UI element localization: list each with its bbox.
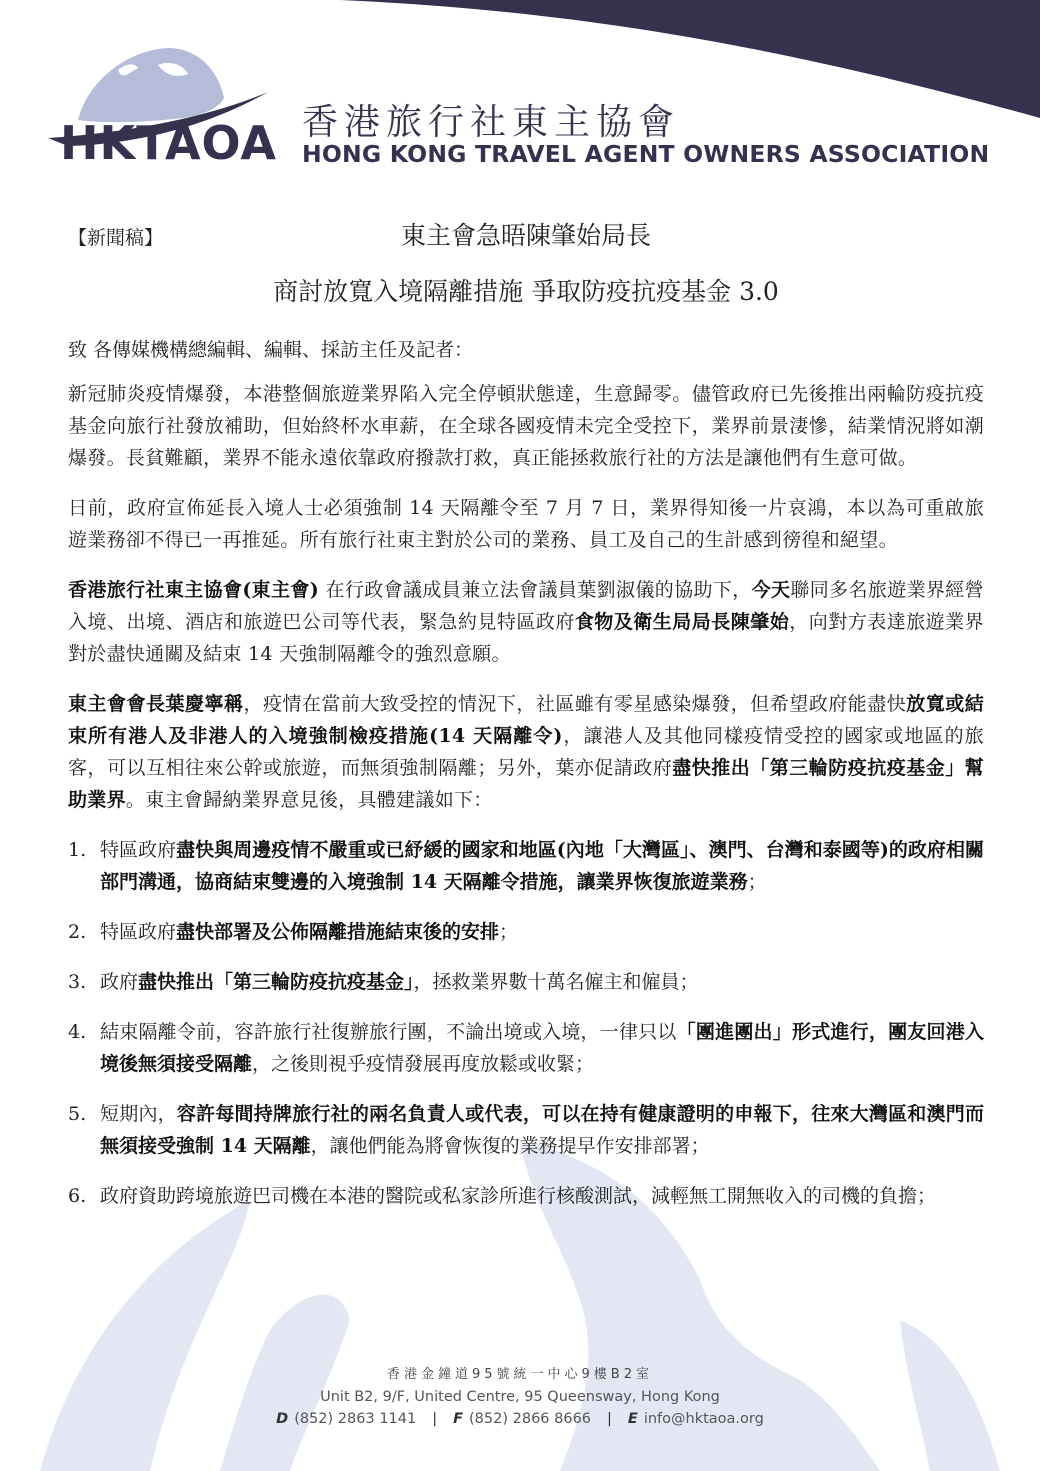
proposal-item: 2.特區政府盡快部署及公佈隔離措施結束後的安排； xyxy=(68,916,984,948)
text-run: 特區政府 xyxy=(100,921,176,943)
emphasized-text: 今天 xyxy=(752,579,791,601)
emphasized-text: 食物及衛生局局長陳肇始 xyxy=(575,611,789,633)
text-run: 短期內， xyxy=(100,1103,177,1125)
proposal-number: 5. xyxy=(68,1098,86,1130)
emphasized-text: 盡快部署及公佈隔離措施結束後的安排 xyxy=(176,921,499,943)
email-label: E xyxy=(628,1411,638,1427)
salutation: 致 各傳媒機構總編輯、編輯、採訪主任及記者： xyxy=(68,334,984,378)
text-run: 新冠肺炎疫情爆發，本港整個旅遊業界陷入完全停頓狀態達，生意歸零。儘管政府已先後推… xyxy=(68,383,984,469)
text-run: 日前，政府宣佈延長入境人士必須強制 14 天隔離令至 7 月 7 日，業界得知後… xyxy=(68,497,984,551)
body-paragraph: 日前，政府宣佈延長入境人士必須強制 14 天隔離令至 7 月 7 日，業界得知後… xyxy=(68,492,984,556)
logo-wordmark: HKTAOA xyxy=(60,116,277,170)
emphasized-text: 盡快與周邊疫情不嚴重或已紓緩的國家和地區(內地「大灣區」、澳門、台灣和泰國等)的… xyxy=(100,839,984,893)
text-run: ； xyxy=(748,871,767,893)
emphasized-text: 盡快推出「第三輪防疫抗疫基金」 xyxy=(138,971,414,993)
proposal-number: 4. xyxy=(68,1016,86,1048)
org-name-chinese: 香港旅行社東主協會 xyxy=(302,94,680,145)
proposal-list: 1.特區政府盡快與周邊疫情不嚴重或已紓緩的國家和地區(內地「大灣區」、澳門、台灣… xyxy=(68,834,984,1212)
text-run: 政府資助跨境旅遊巴司機在本港的醫院或私家診所進行核酸測試，減輕無工開無收入的司機… xyxy=(100,1185,936,1207)
divider: | xyxy=(432,1411,437,1427)
text-run: 政府 xyxy=(100,971,138,993)
email-link[interactable]: info@hktaoa.org xyxy=(644,1411,764,1427)
body-paragraphs: 新冠肺炎疫情爆發，本港整個旅遊業界陷入完全停頓狀態達，生意歸零。儘管政府已先後推… xyxy=(68,378,984,816)
press-release-body: 【新聞稿】 東主會急晤陳肇始局長 商討放寬入境隔離措施 爭取防疫抗疫基金 3.0… xyxy=(68,218,984,1230)
body-paragraph: 新冠肺炎疫情爆發，本港整個旅遊業界陷入完全停頓狀態達，生意歸零。儘管政府已先後推… xyxy=(68,378,984,474)
text-run: ，讓他們能為將會恢復的業務提早作安排部署； xyxy=(311,1135,710,1157)
org-name-english: HONG KONG TRAVEL AGENT OWNERS ASSOCIATIO… xyxy=(302,140,989,168)
proposal-item: 3.政府盡快推出「第三輪防疫抗疫基金」，拯救業界數十萬名僱主和僱員； xyxy=(68,966,984,998)
footer: 香港金鐘道95號統一中心9樓B2室 Unit B2, 9/F, United C… xyxy=(0,1364,1040,1430)
text-run: 在行政會議成員兼立法會議員葉劉淑儀的協助下， xyxy=(319,579,752,601)
footer-contacts: D(852) 2863 1141|F(852) 2866 8666|Einfo@… xyxy=(0,1408,1040,1430)
footer-address-english: Unit B2, 9/F, United Centre, 95 Queenswa… xyxy=(0,1386,1040,1408)
text-run: ； xyxy=(499,921,518,943)
proposal-item: 1.特區政府盡快與周邊疫情不嚴重或已紓緩的國家和地區(內地「大灣區」、澳門、台灣… xyxy=(68,834,984,898)
phone-number: (852) 2863 1141 xyxy=(294,1411,416,1427)
divider: | xyxy=(607,1411,612,1427)
footer-address-chinese: 香港金鐘道95號統一中心9樓B2室 xyxy=(0,1364,1040,1386)
text-run: 結束隔離令前，容許旅行社復辦旅行團，不論出境或入境，一律只以 xyxy=(100,1021,677,1043)
text-run: ，拯救業界數十萬名僱主和僱員； xyxy=(414,971,699,993)
body-paragraph: 東主會會長葉慶寧稱，疫情在當前大致受控的情況下，社區雖有零星感染爆發，但希望政府… xyxy=(68,688,984,816)
proposal-number: 3. xyxy=(68,966,86,998)
press-release-tag: 【新聞稿】 xyxy=(68,222,163,254)
fax-number: (852) 2866 8666 xyxy=(469,1411,591,1427)
emphasized-text: 東主會會長葉慶寧稱 xyxy=(68,693,243,715)
text-run: ，之後則視乎疫情發展再度放鬆或收緊； xyxy=(252,1053,594,1075)
proposal-number: 6. xyxy=(68,1180,86,1212)
phone-label: D xyxy=(276,1411,288,1427)
body-paragraph: 香港旅行社東主協會(東主會) 在行政會議成員兼立法會議員葉劉淑儀的協助下，今天聯… xyxy=(68,574,984,670)
proposal-item: 4.結束隔離令前，容許旅行社復辦旅行團，不論出境或入境，一律只以「團進團出」形式… xyxy=(68,1016,984,1080)
text-run: 。東主會歸納業界意見後，具體建議如下： xyxy=(126,789,493,811)
headline-line-2: 商討放寬入境隔離措施 爭取防疫抗疫基金 3.0 xyxy=(68,274,984,332)
proposal-item: 5.短期內，容許每間持牌旅行社的兩名負責人或代表，可以在持有健康證明的申報下，往… xyxy=(68,1098,984,1162)
emphasized-text: 香港旅行社東主協會(東主會) xyxy=(68,579,319,601)
proposal-number: 2. xyxy=(68,916,86,948)
headline-line-1: 東主會急晤陳肇始局長 xyxy=(68,218,984,274)
proposal-number: 1. xyxy=(68,834,86,866)
text-run: ，疫情在當前大致受控的情況下，社區雖有零星感染爆發，但希望政府能盡快 xyxy=(243,693,906,715)
proposal-item: 6.政府資助跨境旅遊巴司機在本港的醫院或私家診所進行核酸測試，減輕無工開無收入的… xyxy=(68,1180,984,1212)
text-run: 特區政府 xyxy=(100,839,176,861)
fax-label: F xyxy=(453,1411,463,1427)
